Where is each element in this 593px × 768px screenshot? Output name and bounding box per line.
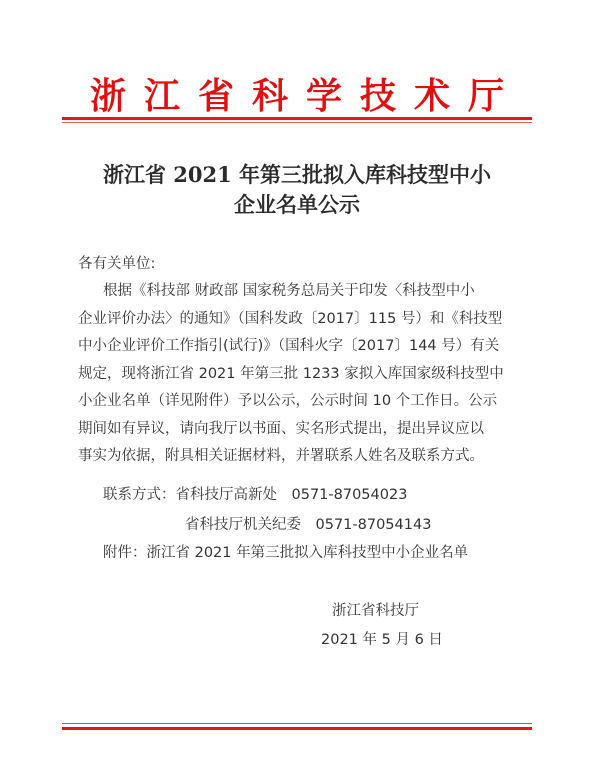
paragraph-line: 中小企业评价工作指引(试行)》（国科火字〔2017〕144 号）有关 [78, 333, 518, 361]
footer-rule-thin [62, 723, 532, 724]
contact-line-high-tech-dept: 联系方式：省科技厅高新处 0571-87054023 [103, 482, 543, 510]
signature-date: 2021 年 5 月 6 日 [321, 627, 443, 655]
paragraph-line: 事实为依据，附具相关证据材料，并署联系人姓名及联系方式。 [78, 443, 518, 471]
letterhead-org-name: 浙江省科学技术厅 [62, 76, 532, 116]
paragraph-line: 小企业名单（详见附件）予以公示，公示时间 10 个工作日。公示 [78, 388, 518, 416]
body-paragraph: 根据《科技部 财政部 国家税务总局关于印发〈科技型中小 企业评价办法〉的通知》（… [78, 278, 518, 471]
paragraph-line: 根据《科技部 财政部 国家税务总局关于印发〈科技型中小 [78, 278, 518, 306]
paragraph-line: 规定，现将浙江省 2021 年第三批 1233 家拟入库国家级科技型中 [78, 361, 518, 389]
document-title-line-2: 企业名单公示 [62, 191, 532, 219]
footer-rule-thick [62, 727, 532, 730]
paragraph-line: 企业评价办法〉的通知》（国科发政〔2017〕115 号）和《科技型 [78, 306, 518, 334]
letterhead-rule-thin [62, 122, 532, 123]
contact-line-discipline-committee: 省科技厅机关纪委 0571-87054143 [185, 512, 593, 540]
attachment-line: 附件：浙江省 2021 年第三批拟入库科技型中小企业名单 [103, 540, 543, 568]
salutation: 各有关单位: [78, 251, 518, 279]
document-title-line-1: 浙江省 2021 年第三批拟入库科技型中小 [62, 161, 532, 189]
paragraph-line: 期间如有异议，请向我厅以书面、实名形式提出，提出异议应以 [78, 416, 518, 444]
letterhead-rule-thick [62, 117, 532, 120]
signature-organization: 浙江省科技厅 [332, 598, 419, 626]
